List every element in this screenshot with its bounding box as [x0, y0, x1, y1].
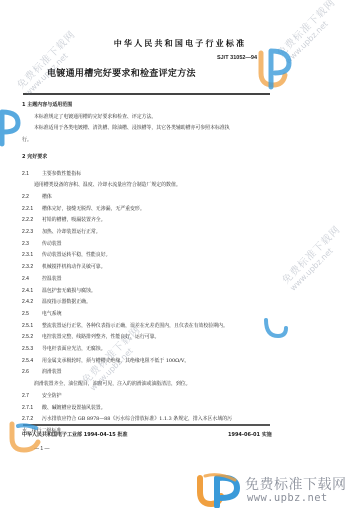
up-logo-icon	[255, 45, 295, 90]
clause-number: 2.2.3	[22, 227, 42, 239]
clause-text: 通用槽类设备的容积、温度、冷却水流量应符合制造厂规定的数值。	[34, 182, 181, 188]
section-heading: 2 完好要求	[22, 152, 274, 164]
issuing-organization: 中华人民共和国电子行业标准	[0, 38, 360, 49]
clause-text: 电控装置完整，线路排列整齐，性能良好，运行可靠。	[42, 334, 159, 340]
clause: 2.5.3导电杆表面应光洁，无腐蚀。	[22, 344, 274, 356]
clause-number: 2.7	[22, 391, 42, 403]
footer-divider	[23, 424, 270, 426]
clause: 2.3传动装置	[22, 239, 274, 251]
clause-text: 槽体完好，接缝无脱焊、无渗漏，无严重变形。	[42, 206, 145, 212]
clause-number: 2.3.2	[22, 262, 42, 274]
clause-text: 用金属支承极轮时，须与槽槽壳绝缘，其绝缘电阻不低于 100Ω/V。	[42, 358, 189, 364]
clause-number: 2.4.1	[22, 286, 42, 298]
clause: 2.5电气系统	[22, 309, 274, 321]
paragraph: 本标准适用于各类电镀槽、清洗槽、除油槽、浸蚀槽等，其它各类辅助槽亦可参照本标准执	[22, 123, 274, 135]
clause: 2.5.1整流装置运行正常，各种仪表指示正确，误差在允差范围内，且仪表在有效校验…	[22, 321, 274, 333]
clause-text: 润滑装置齐全，油位醒目，油窗可见，注入的润滑油或油脂清洁，到位。	[34, 381, 191, 387]
clause-text: 衬铅的槽槽，吸漏装置齐全。	[42, 217, 106, 223]
clause: 2.4控温装置	[22, 274, 274, 286]
clause-text: 酸、碱镀槽应设置抽风装置。	[42, 405, 106, 411]
clause: 2.3.2机械搅拌机构动作灵敏可靠。	[22, 262, 274, 274]
clause-text: 槽体	[42, 194, 52, 200]
section-heading: 1 主题内容与适用范围	[22, 100, 274, 112]
clause: 2.4.2温度指示器数据正确。	[22, 297, 274, 309]
up-logo-icon	[0, 108, 22, 148]
clause-number: 2.6	[22, 367, 42, 379]
clause: 2.4.1温包护套无破损与腐蚀。	[22, 286, 274, 298]
clause: 2.1主要参数性能指标	[22, 169, 274, 181]
clause: 通用槽类设备的容积、温度、冷却水流量应符合制造厂规定的数值。	[22, 180, 274, 192]
clause-number: 2.5.4	[22, 356, 42, 368]
paragraph: 行。	[22, 135, 274, 147]
clause-text: 污水排放应符合 GB 8978—88《污水综合排放标准》1.1.3 条规定，排入…	[42, 416, 232, 422]
clause: 2.7安全防护	[22, 391, 274, 403]
clause-text: 传动装置运转平稳，性能良好。	[42, 252, 110, 258]
clause-text: 电气系统	[42, 311, 62, 317]
clause: 2.2.3加热、冷却装置运行正常。	[22, 227, 274, 239]
paragraph: 本标准规定了电镀通用槽的完好要求和检查、评定方法。	[22, 112, 274, 124]
clause-number: 2.2.1	[22, 204, 42, 216]
watermark-text: 免费标准下载网 www.upbz.net	[273, 0, 344, 66]
clause-number: 2.7.1	[22, 403, 42, 415]
document-body: 1 主题内容与适用范围 本标准规定了电镀通用槽的完好要求和检查、评定方法。 本标…	[22, 100, 274, 438]
clause-number: 2.1	[22, 169, 42, 181]
clause-number: 2.2.2	[22, 215, 42, 227]
clause: 2.2.2衬铅的槽槽，吸漏装置齐全。	[22, 215, 274, 227]
clause-text: 整流装置运行正常，各种仪表指示正确，误差在允差范围内，且仪表在有效校验期内。	[42, 323, 228, 329]
document-title: 电镀通用槽完好要求和检查评定方法	[47, 66, 196, 79]
clause: 2.5.2电控装置完整，线路排列整齐，性能良好，运行可靠。	[22, 332, 274, 344]
clause-number: 2.5.2	[22, 332, 42, 344]
watermark-text: 免费标准下载网 www.upbz.net	[278, 221, 349, 292]
clause-text: 安全防护	[42, 393, 62, 399]
clause-text: 加热、冷却装置运行正常。	[42, 229, 101, 235]
clause: 2.7.1酸、碱镀槽应设置抽风装置。	[22, 403, 274, 415]
clause-number: 2.4.2	[22, 297, 42, 309]
approval-line: 中华人民共和国电子工业部 1994-04-15 批准	[22, 431, 127, 438]
clause-text: 温包护套无破损与腐蚀。	[42, 288, 96, 294]
clause: 2.2.1槽体完好，接缝无脱焊、无渗漏，无严重变形。	[22, 204, 274, 216]
clause: 2.6润滑装置	[22, 367, 274, 379]
brand-watermark: 免费标准下载网 www.upbz.net	[195, 470, 360, 510]
clause: 2.2槽体	[22, 192, 274, 204]
clause-text: 温度指示器数据正确。	[42, 299, 91, 305]
clause-text: 主要参数性能指标	[42, 171, 81, 177]
clause-number: 2.5.3	[22, 344, 42, 356]
clause-text: 导电杆表面应光洁，无腐蚀。	[42, 346, 106, 352]
clause-text: 控温装置	[42, 276, 62, 282]
watermark-text: 免费标准下载网 www.upbz.net	[13, 26, 84, 97]
clause-text: 润滑装置	[42, 369, 62, 375]
clause-text: 传动装置	[42, 241, 62, 247]
page-number: — 1 —	[34, 446, 50, 452]
clause-number: 2.5	[22, 309, 42, 321]
document-page: 中华人民共和国电子行业标准 SJ/T 31052—94 电镀通用槽完好要求和检查…	[0, 0, 360, 510]
clause: 2.3.1传动装置运转平稳，性能良好。	[22, 250, 274, 262]
clause-text: 机械搅拌机构动作灵敏可靠。	[42, 264, 106, 270]
clause: 2.5.4用金属支承极轮时，须与槽槽壳绝缘，其绝缘电阻不低于 100Ω/V。	[22, 356, 274, 368]
clause-number: 2.4	[22, 274, 42, 286]
clause-number: 2.3	[22, 239, 42, 251]
brand-url: www.upbz.net	[247, 492, 328, 504]
clause-number: 2.5.1	[22, 321, 42, 333]
clause-number: 2.2	[22, 192, 42, 204]
header-divider	[23, 93, 270, 95]
brand-name: 免费标准下载网	[245, 474, 347, 494]
implementation-date: 1994-06-01 实施	[228, 431, 272, 438]
clause: 润滑装置齐全，油位醒目，油窗可见，注入的润滑油或油脂清洁，到位。	[22, 379, 274, 391]
up-logo-icon	[195, 472, 243, 508]
clause-number: 2.3.1	[22, 250, 42, 262]
standard-number: SJ/T 31052—94	[217, 55, 257, 61]
